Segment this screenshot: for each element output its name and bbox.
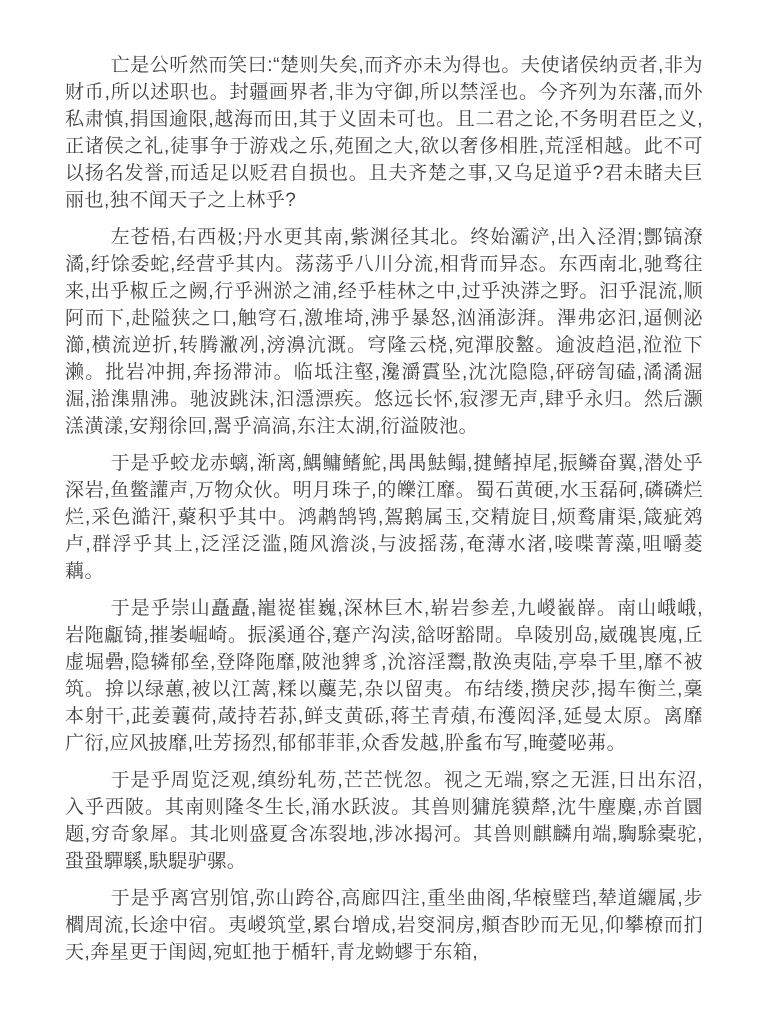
paragraph-4: 于是乎崇山矗矗,巃嵸崔巍,深林巨木,崭岩参差,九嵕巀嶭。南山峨峨,岩陁甗锜,摧崣… <box>65 595 703 757</box>
paragraph-6: 于是乎离宫别馆,弥山跨谷,高廊四注,重坐曲阁,华榱璧珰,辇道纚属,步櫩周流,长途… <box>65 885 703 966</box>
paragraph-1: 亡是公听然而笑曰:“楚则失矣,而齐亦未为得也。夫使诸侯纳贡者,非为财币,所以述职… <box>65 52 703 214</box>
document-page: 亡是公听然而笑曰:“楚则失矣,而齐亦未为得也。夫使诸侯纳贡者,非为财币,所以述职… <box>0 0 768 1024</box>
paragraph-2: 左苍梧,右西极;丹水更其南,紫渊径其北。终始灞浐,出入泾渭;酆镐潦潏,纡馀委蛇,… <box>65 224 703 440</box>
paragraph-5: 于是乎周览泛观,缜纷轧芴,芒芒恍忽。视之无端,察之无涯,日出东沼,入乎西陂。其南… <box>65 767 703 875</box>
paragraph-3: 于是乎蛟龙赤螭,𩵅𩶤渐离,鰅鳙鳍鮀,禺禺魼鳎,揵鳍掉尾,振鳞奋翼,潜处乎深岩,鱼… <box>65 450 703 585</box>
